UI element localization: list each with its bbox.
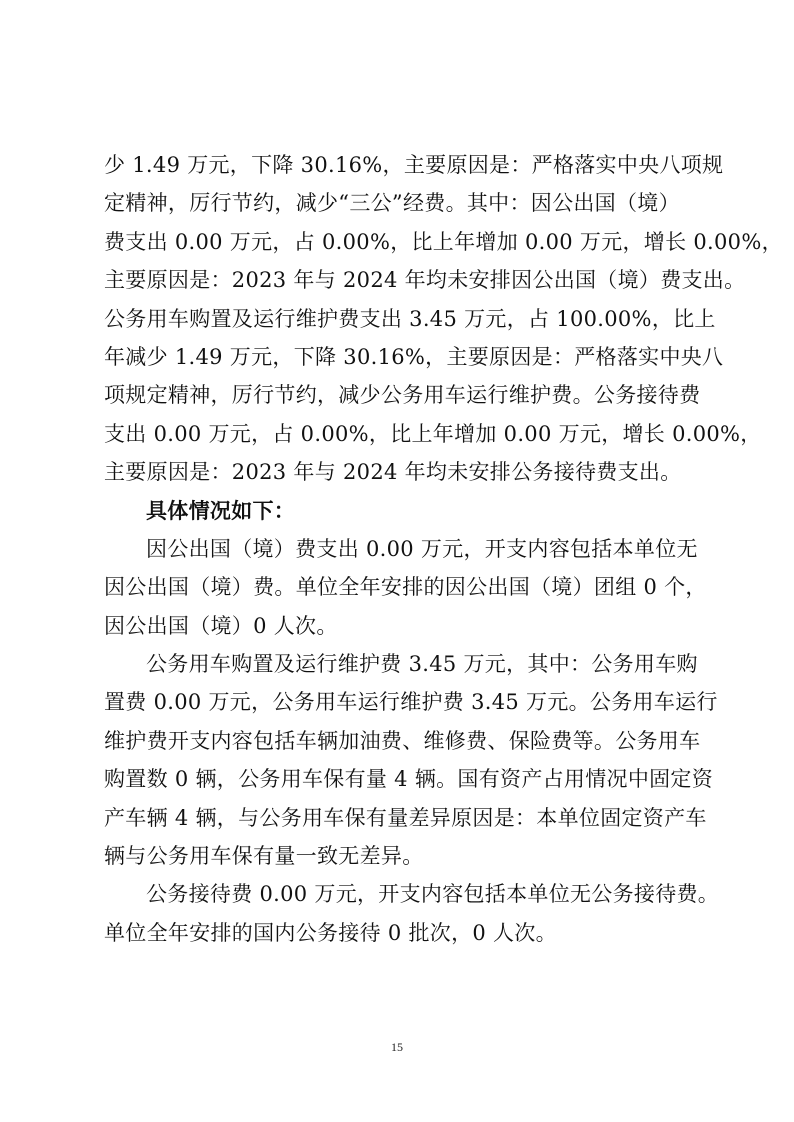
text-line: 主要原因是：2023 年与 2024 年均未安排因公出国（境）费支出。 (104, 261, 698, 299)
paragraph-official-reception: 公务接待费 0.00 万元，开支内容包括本单位无公务接待费。 单位全年安排的国内… (104, 875, 698, 952)
text-line: 年减少 1.49 万元，下降 30.16%，主要原因是：严格落实中央八 (104, 338, 698, 376)
paragraph-overseas-travel: 因公出国（境）费支出 0.00 万元，开支内容包括本单位无 因公出国（境）费。单… (104, 530, 698, 645)
text-line: 定精神，厉行节约，减少“三公”经费。其中：因公出国（境） (104, 184, 698, 222)
text-line: 主要原因是：2023 年与 2024 年均未安排公务接待费支出。 (104, 453, 698, 491)
heading-details: 具体情况如下： (104, 492, 698, 530)
text-line: 因公出国（境）费。单位全年安排的因公出国（境）团组 0 个， (104, 568, 698, 606)
paragraph-official-vehicles: 公务用车购置及运行维护费 3.45 万元，其中：公务用车购 置费 0.00 万元… (104, 645, 698, 875)
text-line: 公务用车购置及运行维护费支出 3.45 万元，占 100.00%，比上 (104, 300, 698, 338)
text-line: 公务用车购置及运行维护费 3.45 万元，其中：公务用车购 (104, 645, 698, 683)
text-line: 公务接待费 0.00 万元，开支内容包括本单位无公务接待费。 (104, 875, 698, 913)
page-number: 15 (0, 1040, 794, 1055)
text-line: 购置数 0 辆，公务用车保有量 4 辆。国有资产占用情况中固定资 (104, 760, 698, 798)
text-line: 维护费开支内容包括车辆加油费、维修费、保险费等。公务用车 (104, 722, 698, 760)
text-line: 因公出国（境）费支出 0.00 万元，开支内容包括本单位无 (104, 530, 698, 568)
text-line: 费支出 0.00 万元，占 0.00%，比上年增加 0.00 万元，增长 0.0… (104, 223, 698, 261)
text-line: 辆与公务用车保有量一致无差异。 (104, 837, 698, 875)
text-line: 因公出国（境）0 人次。 (104, 607, 698, 645)
section-heading: 具体情况如下： (104, 492, 698, 530)
text-line: 支出 0.00 万元，占 0.00%，比上年增加 0.00 万元，增长 0.00… (104, 415, 698, 453)
paragraph-three-public-expenses-summary: 少 1.49 万元，下降 30.16%，主要原因是：严格落实中央八项规 定精神，… (104, 146, 698, 492)
text-line: 项规定精神，厉行节约，减少公务用车运行维护费。公务接待费 (104, 376, 698, 414)
text-line: 置费 0.00 万元，公务用车运行维护费 3.45 万元。公务用车运行 (104, 683, 698, 721)
document-page: 少 1.49 万元，下降 30.16%，主要原因是：严格落实中央八项规 定精神，… (104, 146, 698, 952)
text-line: 产车辆 4 辆，与公务用车保有量差异原因是：本单位固定资产车 (104, 799, 698, 837)
text-line: 单位全年安排的国内公务接待 0 批次，0 人次。 (104, 914, 698, 952)
text-line: 少 1.49 万元，下降 30.16%，主要原因是：严格落实中央八项规 (104, 146, 698, 184)
